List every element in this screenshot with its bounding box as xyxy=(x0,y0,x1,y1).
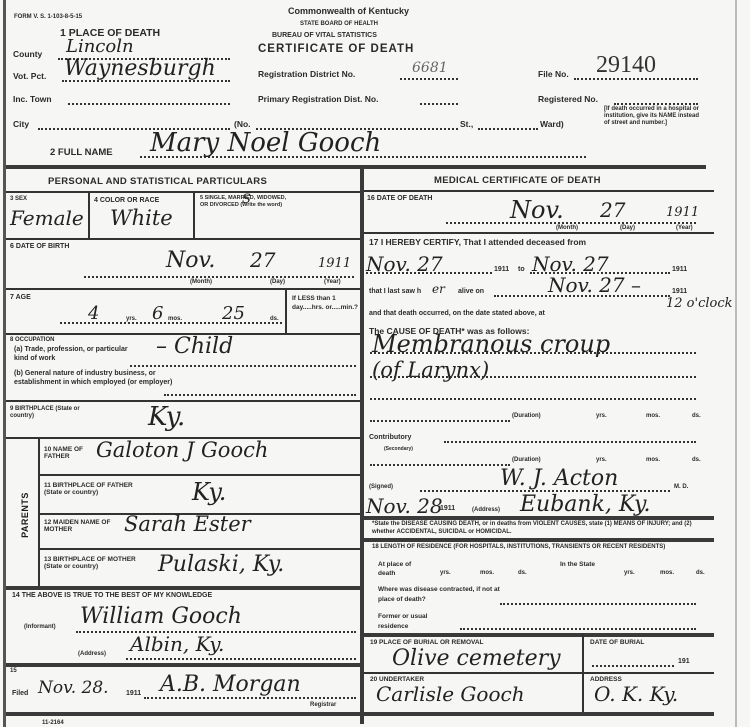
duration-2-lead xyxy=(370,464,510,466)
primary-registration-line xyxy=(420,103,458,105)
duration-1-label: (Duration) xyxy=(512,413,541,419)
parents-rule-1 xyxy=(38,474,360,476)
file-no-value: 29140 xyxy=(596,52,656,79)
father-birthplace-label: 11 BIRTHPLACE OF FATHER (State or countr… xyxy=(44,482,140,496)
filed-year: 1911 xyxy=(126,690,141,697)
in-state-mos: mos. xyxy=(660,570,674,576)
father-birthplace-value: Ky. xyxy=(192,478,226,506)
registered-no-line xyxy=(614,103,698,105)
attended-from-year: 1911 xyxy=(494,266,509,273)
dob-month-caption: (Month) xyxy=(190,279,212,285)
age-ds-label: ds. xyxy=(270,316,279,322)
burial-date-label: DATE OF BURIAL xyxy=(590,640,644,646)
medical-title-rule xyxy=(364,190,714,192)
age-days: 25 xyxy=(222,303,245,324)
header-commonwealth: Commonwealth of Kentucky xyxy=(288,6,409,16)
center-divider xyxy=(360,168,364,724)
in-state-ds: ds. xyxy=(696,570,705,576)
age-months: 6 xyxy=(152,303,163,324)
in-state-yrs: yrs. xyxy=(624,570,635,576)
former-residence-line xyxy=(460,628,696,630)
duration-2-mos: mos. xyxy=(646,457,660,463)
death-time: 12 o'clock xyxy=(666,296,733,311)
dob-month: Nov. xyxy=(166,248,215,273)
registrar-line xyxy=(144,697,356,699)
informant-value: William Gooch xyxy=(80,604,242,629)
last-saw-date: Nov. 27 – xyxy=(548,273,641,297)
at-place-label: At place of death xyxy=(378,560,428,578)
medical-rule-footnote xyxy=(364,538,714,542)
age-divider xyxy=(285,289,287,333)
duration-2-yrs: yrs. xyxy=(596,457,607,463)
file-no-label: File No. xyxy=(538,69,569,79)
death-occurred-label: and that death occurred, on the date sta… xyxy=(369,310,545,317)
vot-pct-value: Waynesburgh xyxy=(64,56,216,81)
at-place-yrs: yrs. xyxy=(440,570,451,576)
dob-year-caption: (Year) xyxy=(324,279,341,285)
page-edge-left xyxy=(3,0,6,727)
medical-rule-1 xyxy=(364,232,714,234)
duration-1-mos: mos. xyxy=(646,413,660,419)
mother-birthplace-value: Pulaski, Ky. xyxy=(158,552,284,577)
cause-line-2: (of Larynx) xyxy=(372,358,489,382)
st-label: St., xyxy=(460,119,473,129)
filed-date: Nov. 28. xyxy=(38,678,109,698)
less-than-label: If LESS than 1 day.....hrs. or.....min.? xyxy=(292,294,358,312)
duration-1-lead xyxy=(370,420,510,422)
informant-label: (Informant) xyxy=(24,624,56,630)
mother-birthplace-label: 13 BIRTHPLACE OF MOTHER (State or countr… xyxy=(44,556,140,570)
page-edge-right xyxy=(735,0,737,727)
parents-bottom-rule xyxy=(6,586,360,590)
sex-divider xyxy=(88,192,90,238)
death-certificate: FORM V. S. 1-103-8-5-15 Commonwealth of … xyxy=(0,0,750,727)
ward-label: Ward) xyxy=(540,119,564,129)
burial-date-line xyxy=(592,665,674,667)
dob-line xyxy=(84,276,354,278)
header-board: STATE BOARD OF HEALTH xyxy=(300,21,378,27)
secondary-label: (Secondary) xyxy=(384,446,413,452)
inc-town-label: Inc. Town xyxy=(13,94,52,104)
informant-address-label: (Address) xyxy=(78,651,106,657)
dod-day: 27 xyxy=(600,198,625,222)
medical-address-label: (Address) xyxy=(472,507,500,513)
dob-label: 6 DATE OF BIRTH xyxy=(10,243,69,250)
last-saw-label: that I last saw h xyxy=(369,288,421,295)
dod-day-caption: (Day) xyxy=(620,225,635,231)
header-title: CERTIFICATE OF DEATH xyxy=(258,43,414,55)
burial-place-value: Olive cemetery xyxy=(392,646,561,671)
personal-section-title: PERSONAL AND STATISTICAL PARTICULARS xyxy=(48,176,267,187)
last-saw-line xyxy=(494,295,670,297)
parents-rule-3 xyxy=(38,548,360,550)
color-label: 4 COLOR OR RACE xyxy=(94,197,159,204)
duration-1-yrs: yrs. xyxy=(596,413,607,419)
sex-label: 3 SEX xyxy=(10,196,27,202)
color-value: White xyxy=(110,206,173,230)
signed-year: 1911 xyxy=(440,505,455,512)
father-name-value: Galoton J Gooch xyxy=(96,438,268,462)
full-name-label: 2 FULL NAME xyxy=(50,147,113,158)
birthplace-value: Ky. xyxy=(148,402,185,432)
date-of-death-line xyxy=(446,222,696,224)
md-label: M. D. xyxy=(674,484,688,490)
age-years: 4 xyxy=(88,303,99,324)
ward-line xyxy=(478,128,538,130)
undertaker-value: Carlisle Gooch xyxy=(376,682,525,706)
city-label: City xyxy=(13,119,29,129)
row-rule-1 xyxy=(6,238,360,240)
registered-no-label: Registered No. xyxy=(538,94,598,104)
signed-value: W. J. Acton xyxy=(500,466,618,491)
informant-statement: 14 THE ABOVE IS TRUE TO THE BEST OF MY K… xyxy=(12,592,212,599)
cause-line-3-rule xyxy=(370,398,696,400)
inc-town-line xyxy=(68,103,230,105)
informant-address-line xyxy=(126,658,356,660)
field-15-number: 15 xyxy=(10,668,17,674)
registration-district-label: Registration District No. xyxy=(258,69,355,79)
contributory-line xyxy=(444,441,696,443)
registrar-label: Registrar xyxy=(310,702,336,708)
registration-district-line xyxy=(400,78,458,80)
alive-on-label: alive on xyxy=(458,288,484,295)
marital-value: S xyxy=(242,192,251,207)
where-contracted-label: Where was disease contracted, if not at … xyxy=(378,585,518,605)
at-place-ds: ds. xyxy=(518,570,527,576)
date-of-death-label: 16 DATE OF DEATH xyxy=(367,195,432,202)
attended-from-line xyxy=(366,272,492,274)
cause-line-1-rule xyxy=(370,352,696,354)
age-label: 7 AGE xyxy=(10,294,31,301)
county-label: County xyxy=(13,49,42,59)
dob-day-caption: (Day) xyxy=(270,279,285,285)
at-place-mos: mos. xyxy=(480,570,494,576)
burial-date-year: 191 xyxy=(678,658,690,665)
in-state-label: In the State xyxy=(560,560,596,569)
occupation-a-line xyxy=(130,365,356,367)
medical-address-value: Eubank, Ky. xyxy=(520,492,650,517)
form-number: FORM V. S. 1-103-8-5-15 xyxy=(14,14,82,20)
duration-1-ds: ds. xyxy=(692,413,701,419)
county-value: Lincoln xyxy=(66,36,134,57)
last-saw-year: 1911 xyxy=(672,288,687,295)
cause-footnote: *State the DISEASE CAUSING DEATH, or in … xyxy=(372,520,712,536)
sex-value: Female xyxy=(10,206,84,230)
footer-code: 11-2164 xyxy=(42,720,64,726)
right-bottom-rule xyxy=(364,712,714,716)
where-contracted-line xyxy=(500,603,696,605)
registration-district-value: 6681 xyxy=(412,60,448,76)
filed-label: Filed xyxy=(12,690,28,697)
left-bottom-rule xyxy=(6,712,360,716)
personal-title-rule xyxy=(6,191,360,193)
medical-rule-residence xyxy=(364,633,714,637)
age-yrs-label: yrs. xyxy=(126,316,137,322)
medical-section-title: MEDICAL CERTIFICATE OF DEATH xyxy=(434,175,601,186)
cause-line-2-rule xyxy=(370,376,696,378)
informant-address-value: Albin, Ky. xyxy=(130,632,224,656)
residence-label: 18 LENGTH OF RESIDENCE (FOR HOSPITALS, I… xyxy=(372,543,702,551)
dod-month-caption: (Month) xyxy=(556,225,578,231)
color-divider xyxy=(193,192,195,238)
to-label: to xyxy=(518,266,525,273)
signed-label: (Signed) xyxy=(369,484,393,490)
certify-label: 17 I HEREBY CERTIFY, That I attended dec… xyxy=(369,237,586,247)
mother-maiden-value: Sarah Ester xyxy=(124,512,251,536)
dod-year: 1911 xyxy=(666,205,699,220)
occupation-a-value: – Child xyxy=(156,334,233,359)
signed-date: Nov. 28 xyxy=(366,494,443,518)
last-saw-pronoun: er xyxy=(432,282,445,296)
dob-day: 27 xyxy=(250,248,275,272)
parents-side-label: PARENTS xyxy=(10,450,40,580)
registrar-signature: A.B. Morgan xyxy=(160,672,301,697)
informant-bottom-rule xyxy=(6,663,360,667)
occupation-b-label: (b) General nature of industry business,… xyxy=(14,369,174,387)
duration-2-label: (Duration) xyxy=(512,457,541,463)
primary-registration-label: Primary Registration Dist. No. xyxy=(258,94,378,104)
dod-year-caption: (Year) xyxy=(676,225,693,231)
age-mos-label: mos. xyxy=(168,316,182,322)
occupation-label: 8 OCCUPATION xyxy=(10,337,54,343)
header-divider xyxy=(6,165,706,169)
burial-mid-rule xyxy=(364,672,714,674)
occupation-a-label: (a) Trade, profession, or particular kin… xyxy=(14,345,140,363)
row-rule-2 xyxy=(6,288,360,290)
occupation-b-line xyxy=(164,394,356,396)
former-residence-label: Former or usual residence xyxy=(378,612,448,632)
hospital-note: [If death occurred in a hospital or inst… xyxy=(604,106,700,127)
parents-side-label-text: PARENTS xyxy=(20,492,30,538)
vot-pct-label: Vot. Pct. xyxy=(13,71,46,81)
birthplace-label: 9 BIRTHPLACE (State or country) xyxy=(10,406,100,420)
burial-divider xyxy=(582,634,584,714)
contributory-label: Contributory xyxy=(369,434,411,441)
attended-to-year: 1911 xyxy=(672,266,687,273)
dob-year: 1911 xyxy=(318,256,351,271)
header-bureau: BUREAU OF VITAL STATISTICS xyxy=(272,32,377,39)
duration-2-ds: ds. xyxy=(692,457,701,463)
undertaker-address-value: O. K. Ky. xyxy=(594,682,678,706)
father-name-label: 10 NAME OF FATHER xyxy=(44,446,104,460)
dod-month: Nov. xyxy=(510,196,564,224)
full-name-value: Mary Noel Gooch xyxy=(150,128,381,158)
mother-maiden-label: 12 MAIDEN NAME OF MOTHER xyxy=(44,519,134,533)
